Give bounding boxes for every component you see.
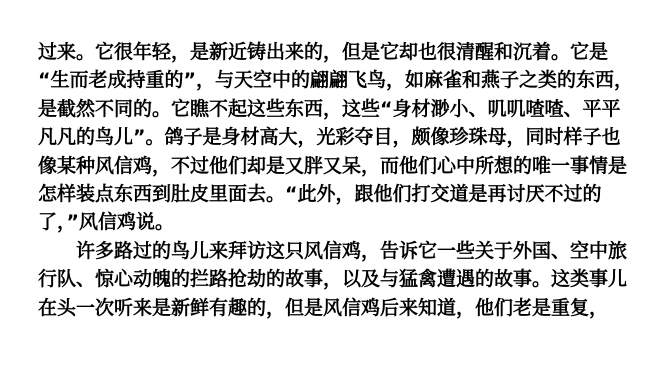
text-line: 在头一次听来是新鲜有趣的，但是风信鸡后来知道，他们老是重复， (38, 294, 650, 322)
text-line: 过来。它很年轻，是新近铸出来的，但是它却也很清醒和沉着。它是 (38, 38, 650, 66)
story-text-block: 过来。它很年轻，是新近铸出来的，但是它却也很清醒和沉着。它是 “生而老成持重的”… (38, 38, 650, 322)
text-line: 行队、惊心动魄的拦路抢劫的故事，以及与猛禽遭遇的故事。这类事儿 (38, 265, 650, 293)
text-line: 是截然不同的。它瞧不起这些东西，这些“身材渺小、叽叽喳喳、平平 (38, 95, 650, 123)
text-line: 凡凡的鸟儿”。鸽子是身材高大，光彩夺目，颇像珍珠母，同时样子也 (38, 123, 650, 151)
text-line: 像某种风信鸡，不过他们却是又胖又呆，而他们心中所想的唯一事情是 (38, 152, 650, 180)
text-line: 了，”风信鸡说。 (38, 208, 650, 236)
slide-page: 过来。它很年轻，是新近铸出来的，但是它却也很清醒和沉着。它是 “生而老成持重的”… (0, 0, 668, 376)
text-line: 怎样装点东西到肚皮里面去。“此外，跟他们打交道是再讨厌不过的 (38, 180, 650, 208)
text-line: “生而老成持重的”，与天空中的翩翩飞鸟，如麻雀和燕子之类的东西， (38, 66, 650, 94)
text-line: 许多路过的鸟儿来拜访这只风信鸡，告诉它一些关于外国、空中旅 (38, 237, 650, 265)
